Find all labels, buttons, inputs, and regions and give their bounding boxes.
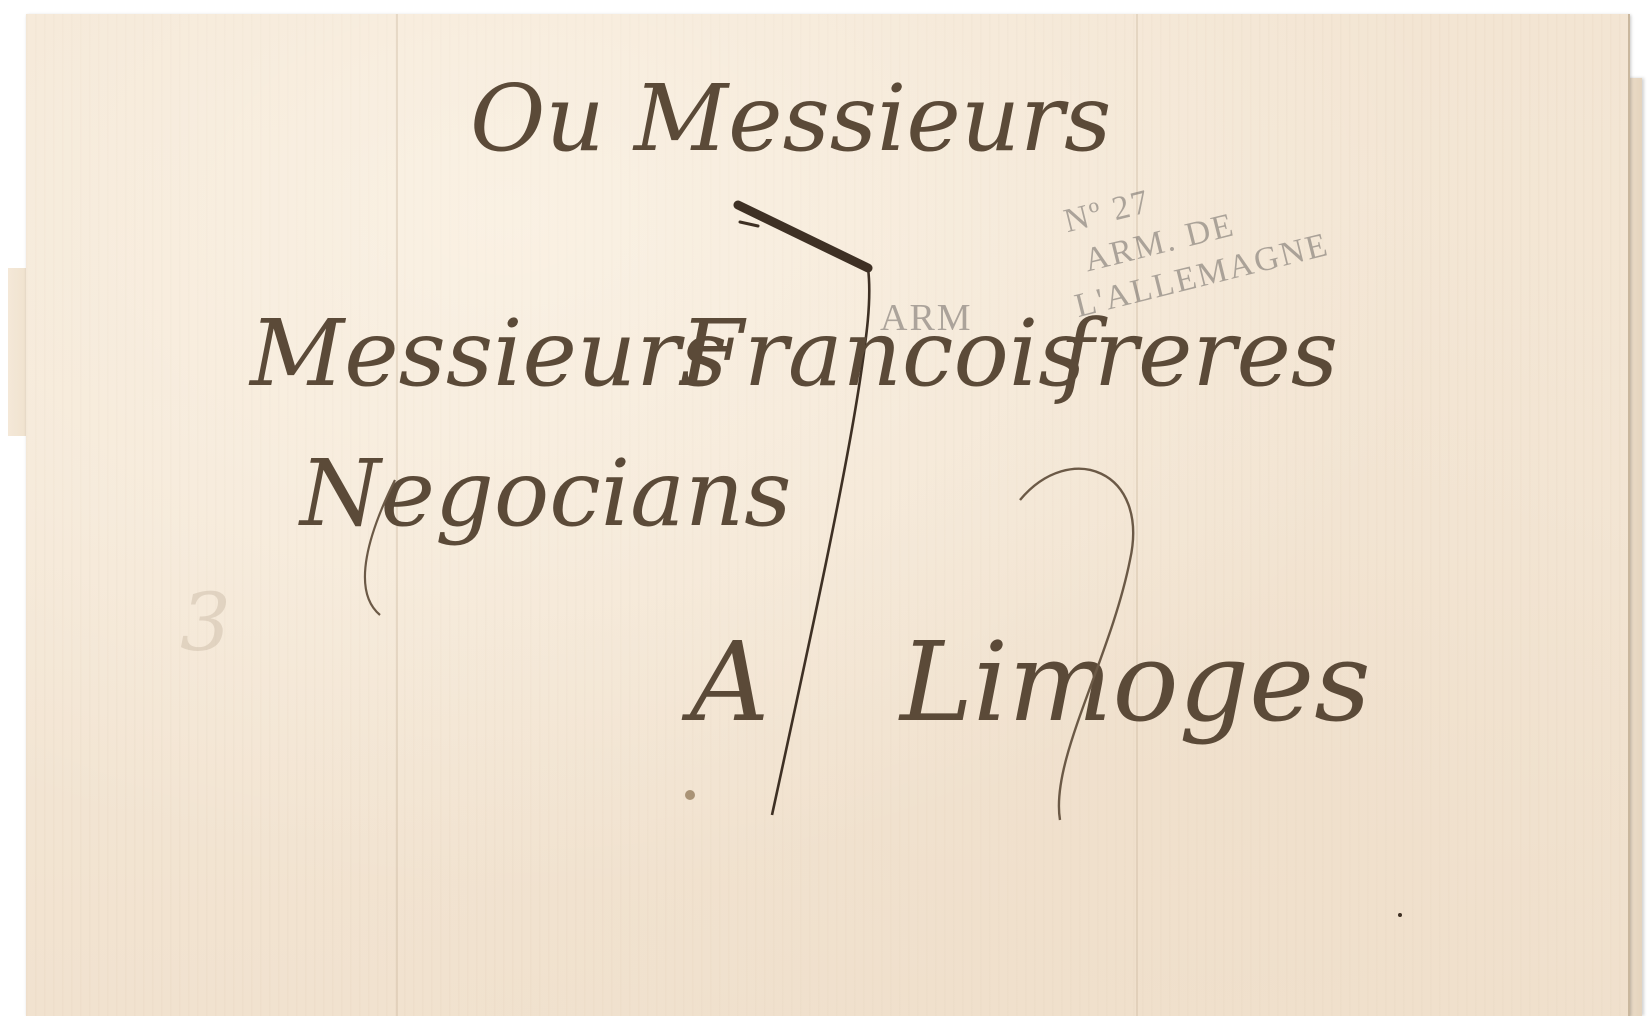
rate-mark-value: 7 bbox=[0, 0, 10, 4]
fold-line bbox=[396, 14, 398, 1016]
fold-line bbox=[1136, 14, 1138, 1016]
letter-sheet bbox=[26, 14, 1630, 1016]
